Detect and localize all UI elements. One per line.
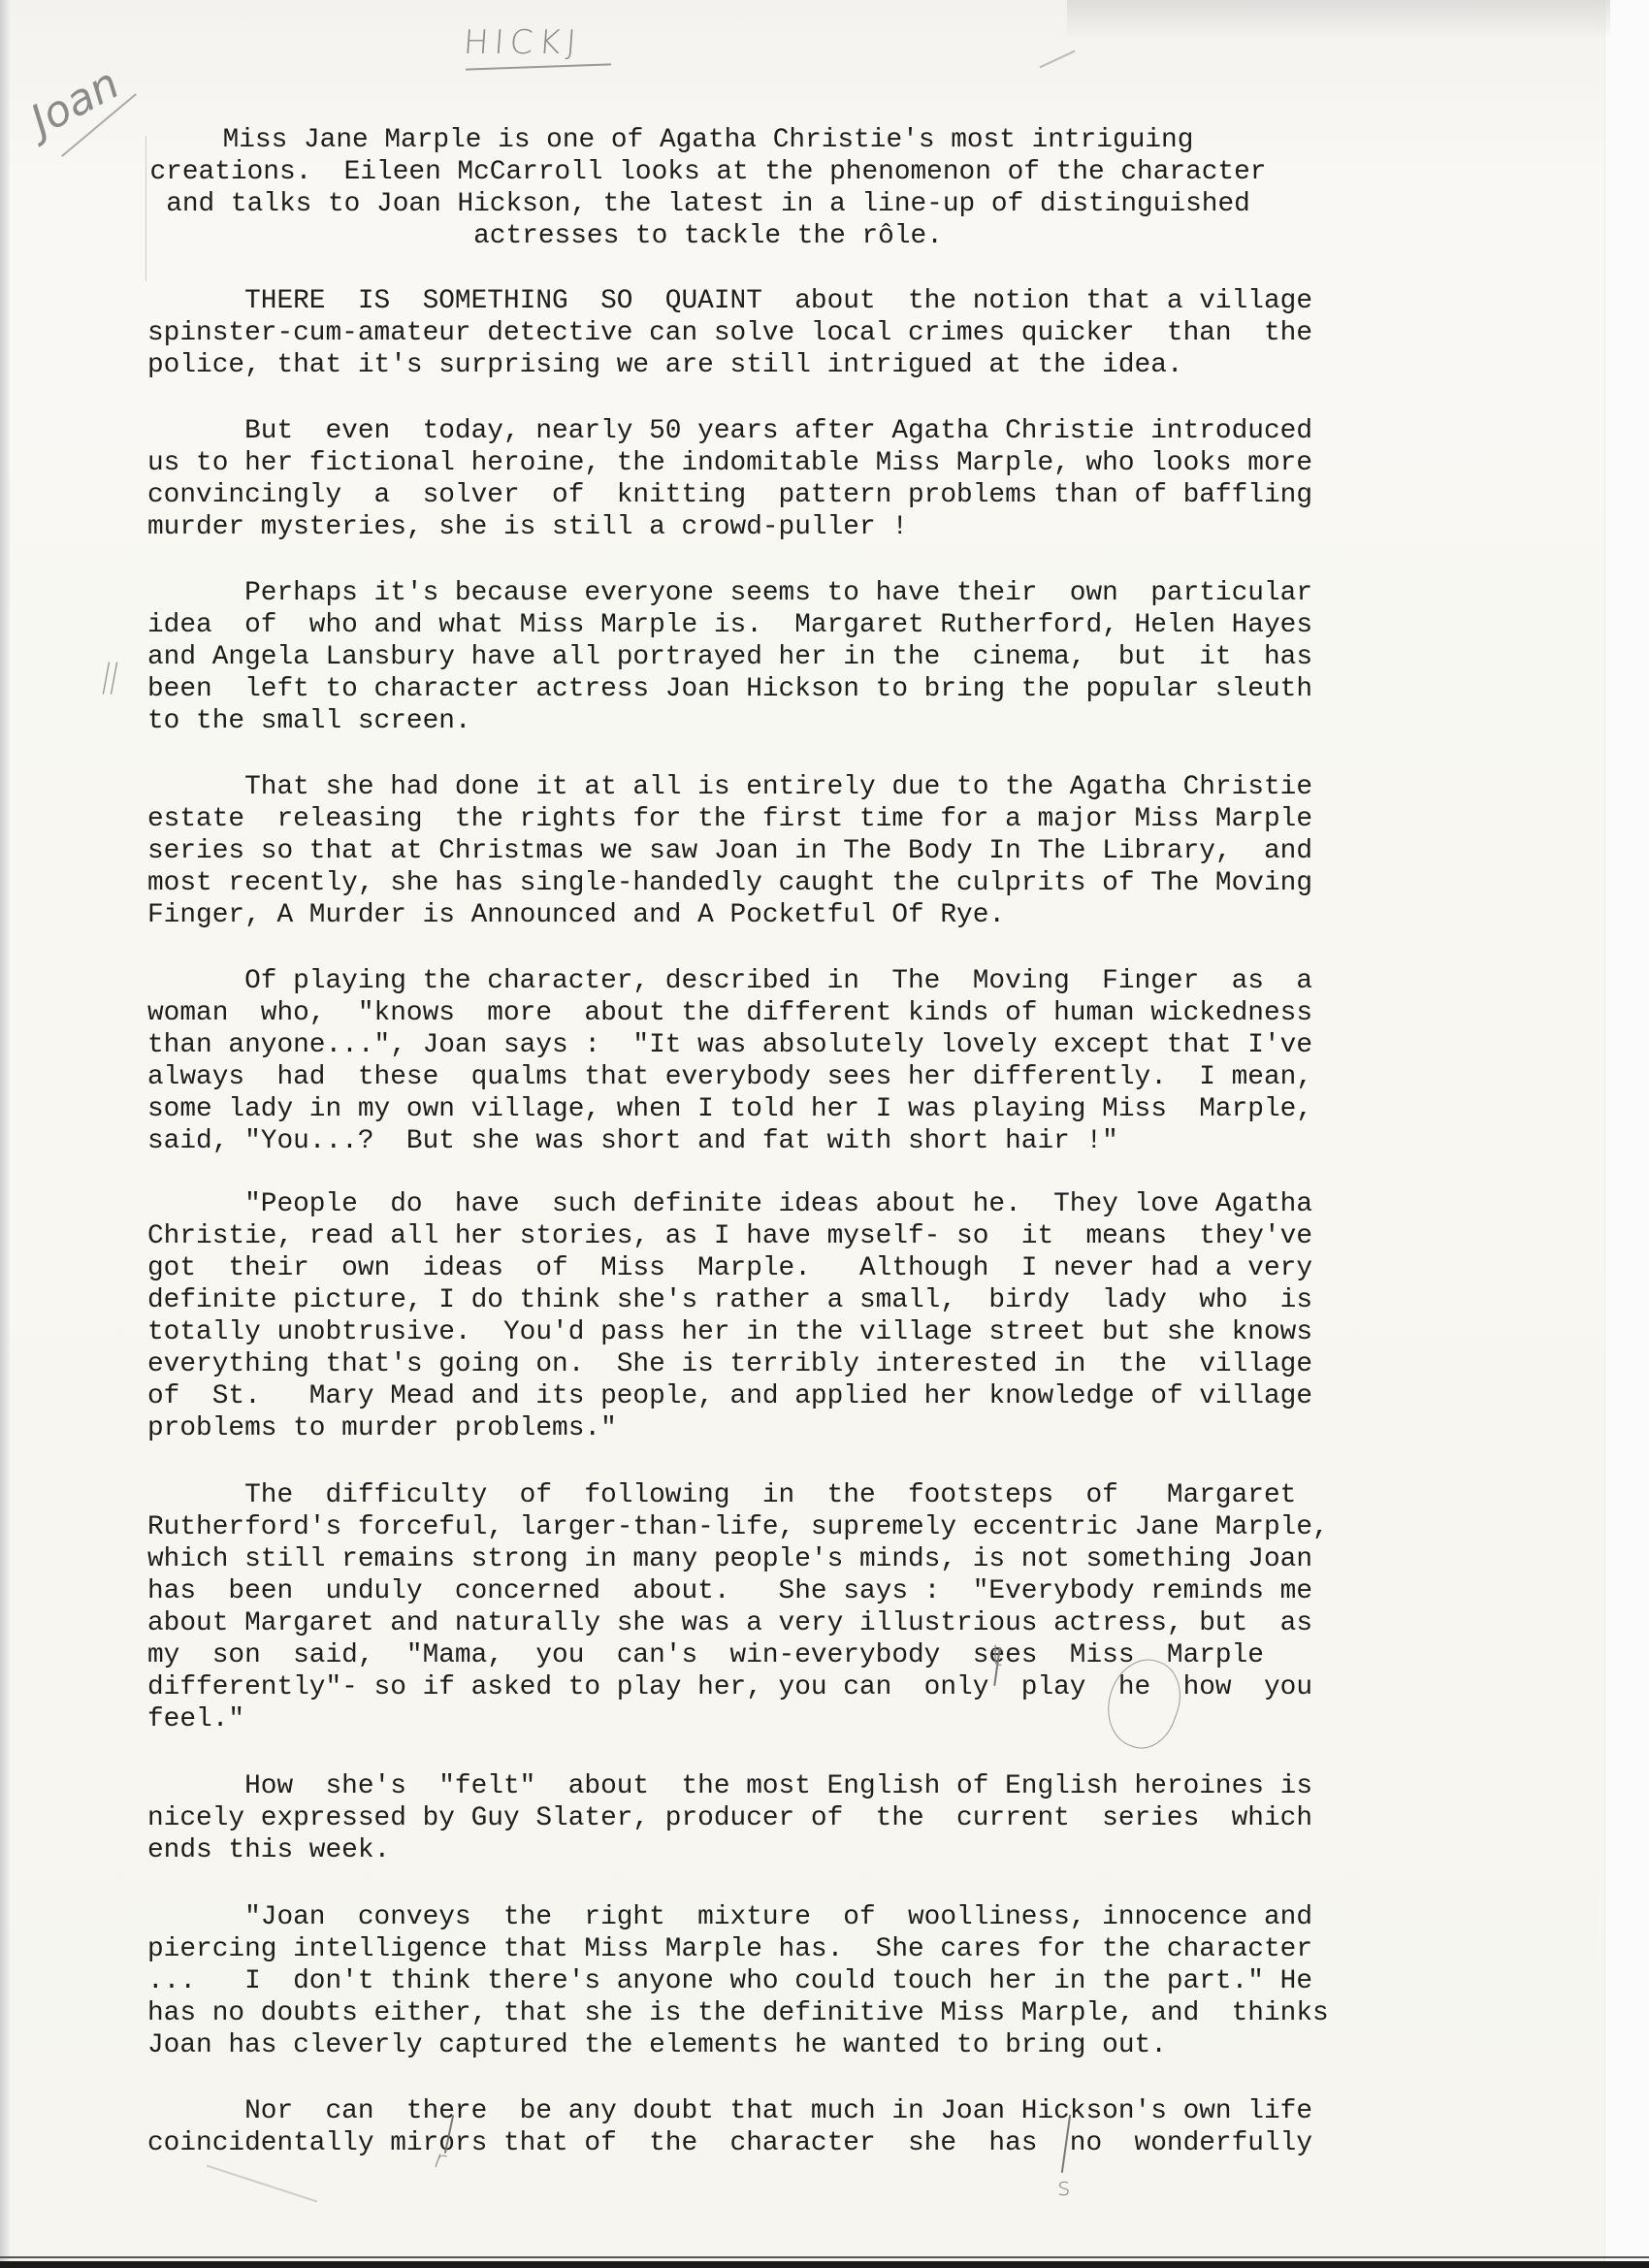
handwritten-pause-mark: //: [102, 656, 117, 700]
paragraph-line: totally unobtrusive. You'd pass her in t…: [147, 1316, 1312, 1348]
paragraph-line: Of playing the character, described in T…: [147, 965, 1312, 997]
paragraph-line: problems to murder problems.": [147, 1412, 617, 1444]
paragraph-line: estate releasing the rights for the firs…: [147, 803, 1312, 835]
paragraph-line: spinster-cum-amateur detective can solve…: [147, 317, 1312, 349]
paragraph-line: Joan has cleverly captured the elements …: [147, 2029, 1167, 2061]
paragraph-line: Finger, A Murder is Announced and A Pock…: [147, 899, 1005, 931]
page-bottom-edge: [0, 2256, 1649, 2258]
paragraph-line: has no doubts either, that she is the de…: [147, 1997, 1329, 2029]
paragraph-line: us to her fictional heroine, the indomit…: [147, 447, 1312, 479]
paragraph-line: police, that it's surprising we are stil…: [147, 349, 1183, 381]
paragraph-line: which still remains strong in many peopl…: [147, 1543, 1312, 1575]
paragraph-line: has been unduly concerned about. She say…: [147, 1575, 1312, 1607]
paragraph-line: everything that's going on. She is terri…: [147, 1348, 1312, 1380]
paragraph-line: The difficulty of following in the foots…: [147, 1479, 1296, 1511]
paragraph-line: of St. Mary Mead and its people, and app…: [147, 1380, 1312, 1412]
paragraph-line: woman who, "knows more about the differe…: [147, 997, 1312, 1029]
paragraph-line: definite picture, I do think she's rathe…: [147, 1284, 1312, 1316]
paragraph-line: and Angela Lansbury have all portrayed h…: [147, 641, 1312, 673]
paragraph-line: about Margaret and naturally she was a v…: [147, 1607, 1312, 1639]
paragraph-line: convincingly a solver of knitting patter…: [147, 479, 1312, 511]
paragraph-line: got their own ideas of Miss Marple. Alth…: [147, 1252, 1312, 1284]
scanner-bottom-band: [0, 2261, 1649, 2268]
standfirst-line: creations. Eileen McCarroll looks at the…: [0, 156, 1416, 188]
handwritten-correction-t: t: [991, 1639, 1003, 1673]
paragraph-line: to the small screen.: [147, 705, 471, 737]
paragraph-line: Christie, read all her stories, as I hav…: [147, 1220, 1312, 1252]
paragraph-line: "People do have such definite ideas abou…: [147, 1188, 1312, 1220]
paragraph-line: coincidentally mirors that of the charac…: [147, 2127, 1312, 2159]
standfirst-line: and talks to Joan Hickson, the latest in…: [0, 188, 1416, 220]
paragraph-line: Nor can there be any doubt that much in …: [147, 2095, 1312, 2127]
paragraph-line: But even today, nearly 50 years after Ag…: [147, 415, 1312, 447]
paragraph-line: my son said, "Mama, you can's win-everyb…: [147, 1639, 1264, 1671]
page-right-strip: [1604, 0, 1649, 2263]
paragraph-line: ... I don't think there's anyone who cou…: [147, 1965, 1312, 1997]
paragraph-line: most recently, she has single-handedly c…: [147, 867, 1312, 899]
paragraph-line: THERE IS SOMETHING SO QUAINT about the n…: [147, 285, 1312, 317]
paragraph-line: nicely expressed by Guy Slater, producer…: [147, 1802, 1312, 1834]
handwritten-correction-s: s: [1057, 2173, 1071, 2202]
handwritten-file-tag: HICKJ: [463, 23, 583, 62]
paragraph-line: "Joan conveys the right mixture of wooll…: [147, 1901, 1312, 1933]
paragraph-line: said, "You...? But she was short and fat…: [147, 1125, 1118, 1157]
page-fold-shadow: [1067, 0, 1610, 39]
page-left-edge: [0, 0, 10, 2263]
standfirst-line: actresses to tackle the rôle.: [0, 220, 1416, 252]
standfirst-line: Miss Jane Marple is one of Agatha Christ…: [0, 124, 1416, 156]
paragraph-line: series so that at Christmas we saw Joan …: [147, 835, 1312, 867]
paragraph-line: ends this week.: [147, 1834, 390, 1866]
paragraph-line: been left to character actress Joan Hick…: [147, 673, 1312, 705]
paragraph-line: murder mysteries, she is still a crowd-p…: [147, 511, 908, 543]
paragraph-line: idea of who and what Miss Marple is. Mar…: [147, 609, 1312, 641]
paragraph-line: always had these qualms that everybody s…: [147, 1061, 1312, 1093]
paragraph-line: some lady in my own village, when I told…: [147, 1093, 1312, 1125]
paragraph-line: piercing intelligence that Miss Marple h…: [147, 1933, 1312, 1965]
paragraph-line: Perhaps it's because everyone seems to h…: [147, 577, 1312, 609]
paragraph-line: than anyone...", Joan says : "It was abs…: [147, 1029, 1312, 1061]
paragraph-line: Rutherford's forceful, larger-than-life,…: [147, 1511, 1329, 1543]
paragraph-line: How she's "felt" about the most English …: [147, 1770, 1312, 1802]
paragraph-line: feel.": [147, 1703, 244, 1735]
paragraph-line: That she had done it at all is entirely …: [147, 771, 1312, 803]
